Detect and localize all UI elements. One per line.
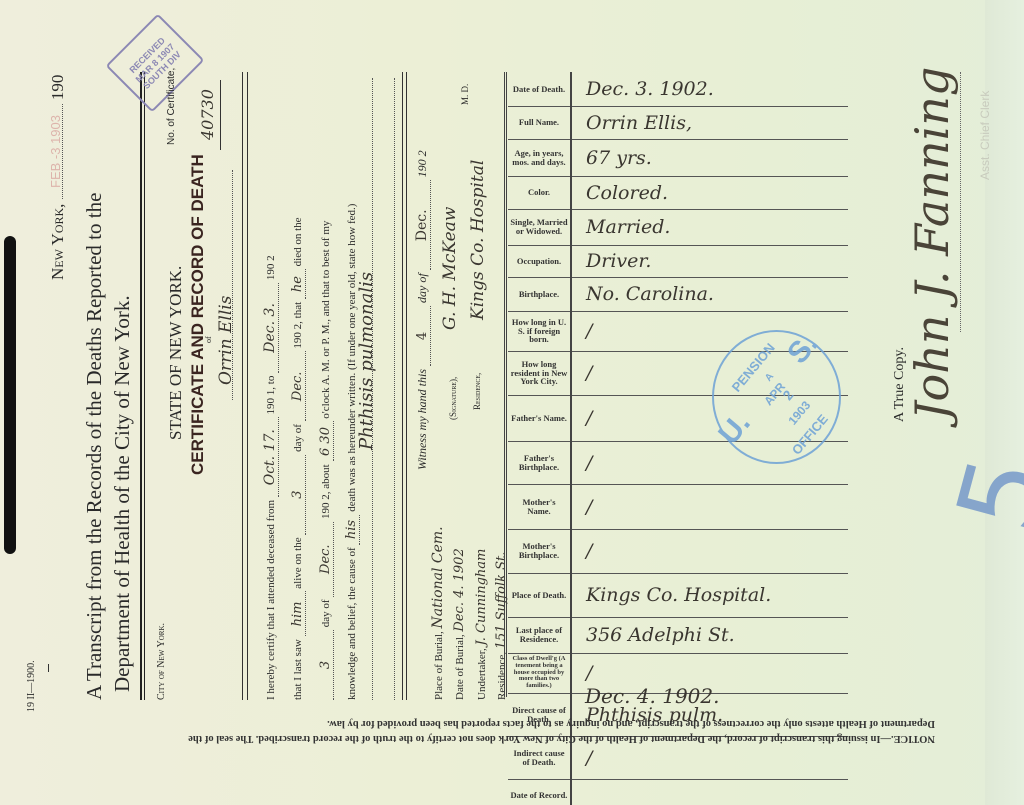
burial-place: National Cem. (430, 526, 446, 628)
signature-label: (Signature), (448, 377, 458, 420)
row-label: Father's Name. (508, 395, 572, 441)
statement-line2: that I last saw him alive on the 3 day o… (290, 217, 306, 700)
attended-from-date: Oct. 17. (262, 417, 279, 497)
document-title-line2: Department of Health of the City of New … (110, 295, 135, 692)
undertaker-name: J. Cunningham (474, 549, 489, 646)
row-label: Occupation. (508, 245, 572, 277)
blue-crayon-mark: 5 (932, 444, 1024, 545)
table-row: Color.Colored. (508, 176, 848, 210)
certificate-number: 40730 (198, 89, 217, 140)
row-label: Single, Married or Widowed. (508, 209, 572, 245)
notice-line2: Department of Health attests only the co… (180, 716, 935, 731)
burial-date-row: Date of Burial, Dec. 4. 1902 (452, 548, 467, 700)
row-value: / (572, 484, 848, 529)
table-row: Place of Death.Kings Co. Hospital. (508, 573, 848, 618)
table-row: Last place of Residence.356 Adelphi St. (508, 617, 848, 654)
row-label: Place of Death. (508, 573, 572, 617)
row-label: Mother's Name. (508, 484, 572, 529)
table-row: Birthplace.No. Carolina. (508, 277, 848, 312)
row-value: No. Carolina. (572, 277, 848, 311)
row-value (572, 779, 848, 805)
received-stamp: RECEIVEDMAR 8 1907SOUTH DIV (106, 14, 205, 113)
row-value: Colored. (572, 176, 848, 209)
certificate-number-label: No. of Certificate, (166, 68, 177, 145)
true-copy-signature: John J. Fanning (905, 67, 959, 420)
new-york-label: New York, (48, 204, 67, 280)
row-label: Father's Birthplace. (508, 441, 572, 484)
residence-label: Residence, (472, 373, 482, 410)
witness-line: Witness my hand this 4 day of Dec. 190 2 (414, 150, 431, 470)
row-value: Dec. 3. 1902. (572, 72, 848, 106)
row-label: Date of Record. (508, 779, 572, 805)
year-prefix: 190 (48, 75, 67, 101)
row-label: Class of Dwell'g (A tenement being a hou… (508, 653, 572, 693)
header-divider (140, 72, 145, 700)
md-label: M. D. (460, 84, 470, 105)
certificate-divider (242, 72, 248, 700)
table-row: Date of Death.Dec. 3. 1902. (508, 72, 848, 107)
row-value: 67 yrs. (572, 139, 848, 176)
row-label: Full Name. (508, 106, 572, 139)
clerk-title: Asst. Chief Clerk (978, 91, 992, 180)
table-row: Mother's Name./ (508, 484, 848, 530)
row-label: Age, in years, mos. and days. (508, 139, 572, 176)
row-value: 356 Adelphi St. (572, 617, 848, 653)
row-label: Last place of Residence. (508, 617, 572, 653)
row-label: How long resident in New York City. (508, 351, 572, 395)
row-label: Date of Death. (508, 72, 572, 106)
city-label: City of New York. (156, 623, 167, 700)
table-row: Age, in years, mos. and days.67 yrs. (508, 139, 848, 177)
row-value: Married. (572, 209, 848, 245)
name-underline (232, 170, 234, 400)
table-row: Mother's Birthplace./ (508, 529, 848, 574)
certificate-title: CERTIFICATE AND RECORD OF DEATH (188, 154, 208, 475)
row-label: Mother's Birthplace. (508, 529, 572, 573)
statement-line6 (394, 78, 396, 700)
of-label: of (204, 336, 213, 343)
row-label: Birthplace. (508, 277, 572, 311)
row-label: Color. (508, 176, 572, 209)
notice-line1: NOTICE.—In issuing this transcript of re… (180, 731, 935, 746)
undertaker-row: Undertaker, J. Cunningham (474, 549, 489, 700)
row-value: Orrin Ellis, (572, 106, 848, 139)
physician-signature: G. H. McKeaw (440, 207, 460, 330)
binding-strip (4, 236, 16, 554)
document-title-line1: A Transcript from the Records of the Dea… (82, 193, 107, 700)
attended-to-date: Dec. 3. (262, 283, 279, 373)
burial-place-row: Place of Burial, National Cem. (430, 526, 446, 700)
table-left-border (504, 72, 507, 697)
table-row: Full Name.Orrin Ellis, (508, 106, 848, 140)
pension-office-stamp: PENSION A APR 2 1903 OFFICE U. S. (712, 330, 841, 464)
notice-text: NOTICE.—In issuing this transcript of re… (180, 716, 935, 746)
tick-mark (48, 664, 49, 672)
signature-line (960, 72, 962, 332)
date-of-record-value: Dec. 4. 1902. (585, 684, 719, 708)
form-number: 19 II—1900. (26, 660, 37, 712)
statement-line3: 3 day of Dec. 190 2, about 6 30 o'clock … (318, 221, 334, 700)
physician-residence: Kings Co. Hospital (468, 160, 488, 320)
table-row: Single, Married or Widowed.Married. (508, 209, 848, 246)
statement-line5 (372, 78, 374, 700)
state-label: STATE OF NEW YORK. (166, 266, 186, 440)
statement-divider (402, 72, 407, 700)
cert-number-underline (220, 80, 221, 150)
row-value: / (572, 529, 848, 573)
row-value: Kings Co. Hospital. (572, 573, 848, 617)
row-label: How long in U. S. if foreign born. (508, 311, 572, 351)
statement-line1: I hereby certify that I attended decease… (262, 255, 279, 700)
table-row: Date of Record. (508, 779, 848, 805)
table-row: Occupation.Driver. (508, 245, 848, 278)
row-value: Driver. (572, 245, 848, 277)
burial-date: Dec. 4. 1902 (452, 548, 467, 631)
date-stamp: FEB -3 1903 (48, 115, 63, 188)
